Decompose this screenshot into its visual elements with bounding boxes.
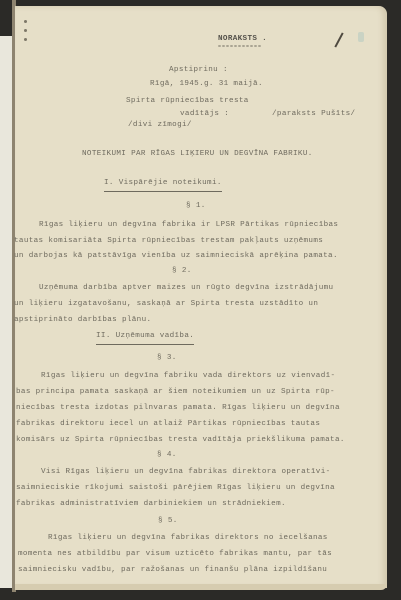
paragraph-mark: § 3.: [157, 355, 177, 363]
paragraph-line: fabrikas direktoru iecel un atlaiž Pārti…: [16, 421, 320, 429]
approval-line-4: vadītājs :: [180, 111, 229, 119]
paragraph-line: Rīgas liķieru un degvīna fabrikas direkt…: [48, 535, 328, 543]
paragraph-line: bas principa pamata saskaņā ar šiem note…: [16, 389, 335, 397]
paragraph-line: un darbojas kā patstāvīga vienība uz sai…: [14, 253, 338, 261]
approval-line-2: Rīgā, 1945.g. 31 maijā.: [150, 81, 263, 89]
approval-seals: /divi zīmogi/: [128, 122, 192, 130]
header-underline: ===========: [218, 45, 262, 50]
approval-line-3: Spirta rūpniecības tresta: [126, 98, 249, 106]
paragraph-line: Uzņēmuma darbība aptver maizes un rūgto …: [39, 285, 333, 293]
paragraph-line: tautas komisariāta Spirta rūpniecības tr…: [14, 238, 323, 246]
ink-smudge: [358, 32, 364, 42]
approval-line-1: Apstiprinu :: [169, 67, 228, 75]
paragraph-mark: § 2.: [172, 268, 192, 276]
paragraph-line: un liķieru izgatavošanu, saskaņā ar Spir…: [14, 301, 318, 309]
paragraph-line: niecības tresta izdotas pilnvaras pamata…: [16, 405, 340, 413]
paragraph-mark: § 5.: [158, 518, 178, 526]
page-stack-edge: [15, 584, 387, 590]
paragraph-line: Rīgas liķieru un degvīna fabriku vada di…: [41, 373, 335, 381]
paragraph-mark: § 4.: [157, 452, 177, 460]
document-title: NOTEIKUMI PAR RĪGAS LIĶIERU UN DEGVĪNA F…: [82, 151, 313, 159]
paragraph-line: saimnieciskie rīkojumi saistoši pārējiem…: [16, 485, 335, 493]
paragraph-line: momenta nes atbildību par visum uzticēto…: [18, 551, 332, 559]
paragraph-line: fabrikas administratīviem darbiniekiem u…: [16, 501, 286, 509]
section-2-heading: II. Uzņēmuma vadība.: [96, 333, 194, 345]
paragraph-line: Rīgas liķieru un degvīna fabrika ir LPSR…: [39, 222, 338, 230]
paragraph-line: komisārs uz Spirta rūpniecības tresta va…: [16, 437, 345, 445]
document-header: NORAKSTS .: [218, 36, 267, 44]
section-1-heading: I. Vispārējie noteikumi.: [104, 180, 222, 192]
paragraph-line: Visi Rīgas liķieru un degvīna fabrikas d…: [41, 469, 331, 477]
approval-signature: /paraksts Pušīts/: [272, 111, 355, 119]
paragraph-line: saimniecisku vadību, par ražošanas un fi…: [18, 567, 327, 575]
paragraph-line: apstiprināto darbības plānu.: [14, 317, 151, 325]
binding-holes: [24, 20, 28, 46]
paragraph-mark: § 1.: [186, 203, 206, 211]
